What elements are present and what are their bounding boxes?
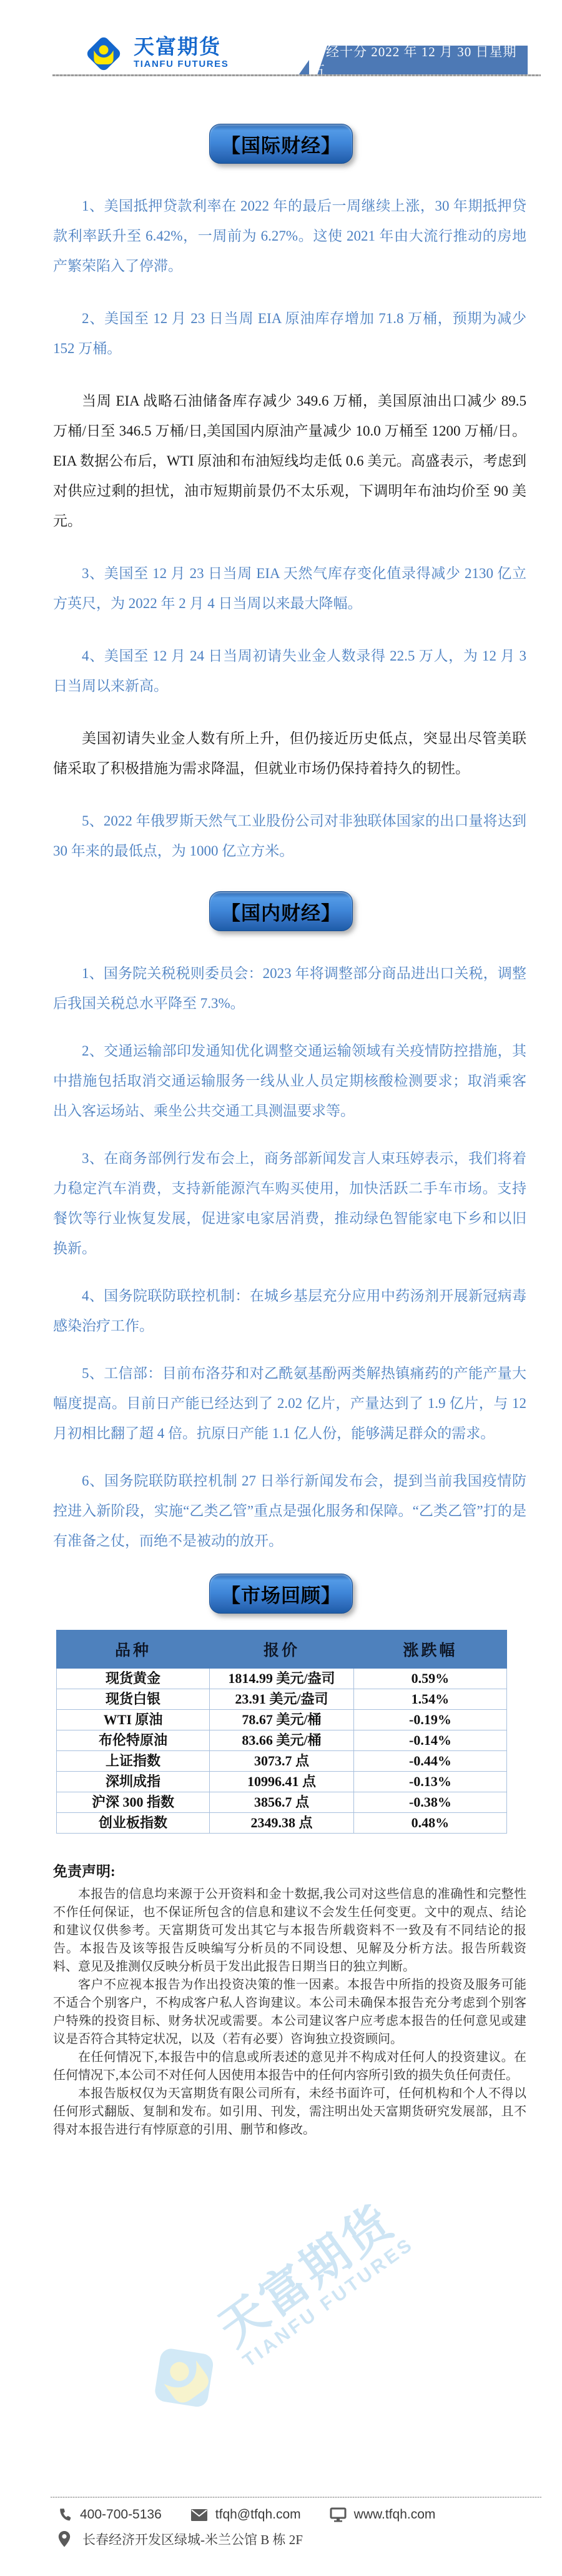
phone-icon: [57, 2507, 72, 2522]
intl-news-2: 2、美国至 12 月 23 日当周 EIA 原油库存增加 71.8 万桶，预期为…: [53, 304, 526, 364]
brand-name-cn: 天富期货: [134, 36, 229, 57]
table-cell: 3073.7 点: [210, 1751, 354, 1772]
monitor-icon: [330, 2507, 347, 2522]
brand-watermark: 天富期货 TIANFU FUTURES: [122, 2184, 425, 2441]
section-title-international: 【国际财经】: [209, 124, 353, 164]
envelope-icon: [190, 2509, 208, 2522]
table-cell: -0.13%: [353, 1772, 506, 1792]
table-header-product: 品种: [57, 1630, 210, 1669]
brand-text: 天富期货 TIANFU FUTURES: [134, 36, 229, 70]
table-cell: 现货白银: [57, 1689, 210, 1710]
market-table: 品种 报价 涨跌幅 现货黄金 1814.99 美元/盎司 0.59% 现货白银 …: [56, 1630, 507, 1834]
intl-news-2-detail: 当周 EIA 战略石油储备库存减少 349.6 万桶，美国原油出口减少 89.5…: [53, 386, 526, 536]
table-cell: 0.48%: [353, 1813, 506, 1834]
table-cell: -0.19%: [353, 1710, 506, 1730]
watermark-brand-en: TIANFU FUTURES: [239, 2234, 418, 2372]
table-row-csi300: 沪深 300 指数 3856.7 点 -0.38%: [57, 1792, 507, 1813]
brand-logo: 天富期货 TIANFU FUTURES: [82, 32, 229, 75]
intl-news-4-detail: 美国初请失业金人数有所上升，但仍接近历史低点，突显出尽管美联储采取了积极措施为需…: [53, 724, 526, 784]
table-header-row: 品种 报价 涨跌幅: [57, 1630, 507, 1669]
disclaimer-paragraph-3: 在任何情况下,本报告中的信息或所表述的意见并不构成对任何人的投资建议。在任何情况…: [53, 2049, 526, 2085]
table-cell: 沪深 300 指数: [57, 1792, 210, 1813]
table-cell: 布伦特原油: [57, 1730, 210, 1751]
section-market-review: 品种 报价 涨跌幅 现货黄金 1814.99 美元/盎司 0.59% 现货白银 …: [53, 1630, 526, 2139]
table-cell: 深圳成指: [57, 1772, 210, 1792]
disclaimer-heading: 免责声明:: [53, 1860, 526, 1880]
table-row-shenzhen-index: 深圳成指 10996.41 点 -0.13%: [57, 1772, 507, 1792]
brand-name-en: TIANFU FUTURES: [134, 59, 229, 70]
table-cell: 23.91 美元/盎司: [210, 1689, 354, 1710]
watermark-diamond-icon: [124, 2317, 244, 2438]
table-row-chinext: 创业板指数 2349.38 点 0.48%: [57, 1813, 507, 1834]
table-cell: 2349.38 点: [210, 1813, 354, 1834]
disclaimer-paragraph-4: 本报告版权仅为天富期货有限公司所有，未经书面许可，任何机构和个人不得以任何形式翻…: [53, 2085, 526, 2139]
intl-news-1: 1、美国抵押贷款利率在 2022 年的最后一周继续上涨，30 年期抵押贷款利率跃…: [53, 191, 526, 281]
table-cell: -0.38%: [353, 1792, 506, 1813]
domestic-news-6: 6、国务院联防联控机制 27 日举行新闻发布会，提到当前我国疫情防控进入新阶段，…: [53, 1466, 526, 1556]
footer-contact-row: 400-700-5136 tfqh@tfqh.com www.tfqh.com: [57, 2507, 435, 2522]
header: 天富期货 TIANFU FUTURES 财经十分 2022 年 12 月 30 …: [0, 0, 562, 76]
footer-divider: [51, 2497, 541, 2498]
newsletter-page: 天富期货 TIANFU FUTURES 财经十分 2022 年 12 月 30 …: [0, 0, 562, 2576]
table-cell: -0.44%: [353, 1751, 506, 1772]
intl-news-5: 5、2022 年俄罗斯天然气工业股份公司对非独联体国家的出口量将达到 30 年来…: [53, 806, 526, 866]
table-row-shanghai-index: 上证指数 3073.7 点 -0.44%: [57, 1751, 507, 1772]
table-cell: -0.14%: [353, 1730, 506, 1751]
table-row-brent: 布伦特原油 83.66 美元/桶 -0.14%: [57, 1730, 507, 1751]
domestic-news-2: 2、交通运输部印发通知优化调整交通运输领域有关疫情防控措施，其中措施包括取消交通…: [53, 1036, 526, 1126]
brand-diamond-icon: [82, 32, 125, 75]
intl-news-4: 4、美国至 12 月 24 日当周初请失业金人数录得 22.5 万人，为 12 …: [53, 641, 526, 701]
section-title-domestic: 【国内财经】: [209, 891, 353, 931]
table-header-change: 涨跌幅: [353, 1630, 506, 1669]
table-cell: 0.59%: [353, 1669, 506, 1689]
intl-news-3: 3、美国至 12 月 23 日当周 EIA 天然气库存变化值录得减少 2130 …: [53, 559, 526, 619]
watermark-brand-cn: 天富期货: [210, 2194, 406, 2355]
footer-address: 长春经济开发区绿城-米兰公馆 B 栋 2F: [82, 2530, 303, 2549]
banner-accent-triangle: [298, 60, 309, 75]
table-cell: 1.54%: [353, 1689, 506, 1710]
disclaimer-paragraph-1: 本报告的信息均来源于公开资料和金十数据,我公司对这些信息的准确性和完整性不作任何…: [53, 1885, 526, 1976]
footer-website: www.tfqh.com: [354, 2507, 436, 2522]
domestic-news-5: 5、工信部：目前布洛芬和对乙酰氨基酚两类解热镇痛药的产能产量大幅度提高。目前日产…: [53, 1359, 526, 1449]
table-cell: 10996.41 点: [210, 1772, 354, 1792]
newsletter-body: 【国际财经】 1、美国抵押贷款利率在 2022 年的最后一周继续上涨，30 年期…: [0, 76, 562, 2139]
section-title-market-review: 【市场回顾】: [209, 1574, 353, 1614]
table-cell: 现货黄金: [57, 1669, 210, 1689]
table-row-wti: WTI 原油 78.67 美元/桶 -0.19%: [57, 1710, 507, 1730]
domestic-news-4: 4、国务院联防联控机制：在城乡基层充分应用中药汤剂开展新冠病毒感染治疗工作。: [53, 1281, 526, 1341]
table-cell: 创业板指数: [57, 1813, 210, 1834]
date-banner: 财经十分 2022 年 12 月 30 日星期五: [312, 46, 528, 75]
watermark-text: 天富期货 TIANFU FUTURES: [210, 2194, 418, 2372]
domestic-news-1: 1、国务院关税税则委员会：2023 年将调整部分商品进出口关税，调整后我国关税总…: [53, 959, 526, 1019]
table-header-quote: 报价: [210, 1630, 354, 1669]
table-cell: 1814.99 美元/盎司: [210, 1669, 354, 1689]
disclaimer-paragraph-2: 客户不应视本报告为作出投资决策的惟一因素。本报告中所指的投资及服务可能不适合个别…: [53, 1976, 526, 2049]
table-row-spot-silver: 现货白银 23.91 美元/盎司 1.54%: [57, 1689, 507, 1710]
footer-email: tfqh@tfqh.com: [215, 2507, 301, 2522]
table-cell: 78.67 美元/桶: [210, 1710, 354, 1730]
table-cell: 83.66 美元/桶: [210, 1730, 354, 1751]
footer-address-row: 长春经济开发区绿城-米兰公馆 B 栋 2F: [57, 2530, 303, 2549]
table-cell: 3856.7 点: [210, 1792, 354, 1813]
table-row-spot-gold: 现货黄金 1814.99 美元/盎司 0.59%: [57, 1669, 507, 1689]
footer-phone: 400-700-5136: [80, 2507, 162, 2522]
table-cell: WTI 原油: [57, 1710, 210, 1730]
location-pin-icon: [57, 2530, 71, 2548]
table-cell: 上证指数: [57, 1751, 210, 1772]
domestic-news-3: 3、在商务部例行发布会上，商务部新闻发言人束珏婷表示，我们将着力稳定汽车消费，支…: [53, 1144, 526, 1264]
section-domestic: 1、国务院关税税则委员会：2023 年将调整部分商品进出口关税，调整后我国关税总…: [53, 959, 526, 1556]
section-international: 1、美国抵押贷款利率在 2022 年的最后一周继续上涨，30 年期抵押贷款利率跃…: [53, 191, 526, 866]
